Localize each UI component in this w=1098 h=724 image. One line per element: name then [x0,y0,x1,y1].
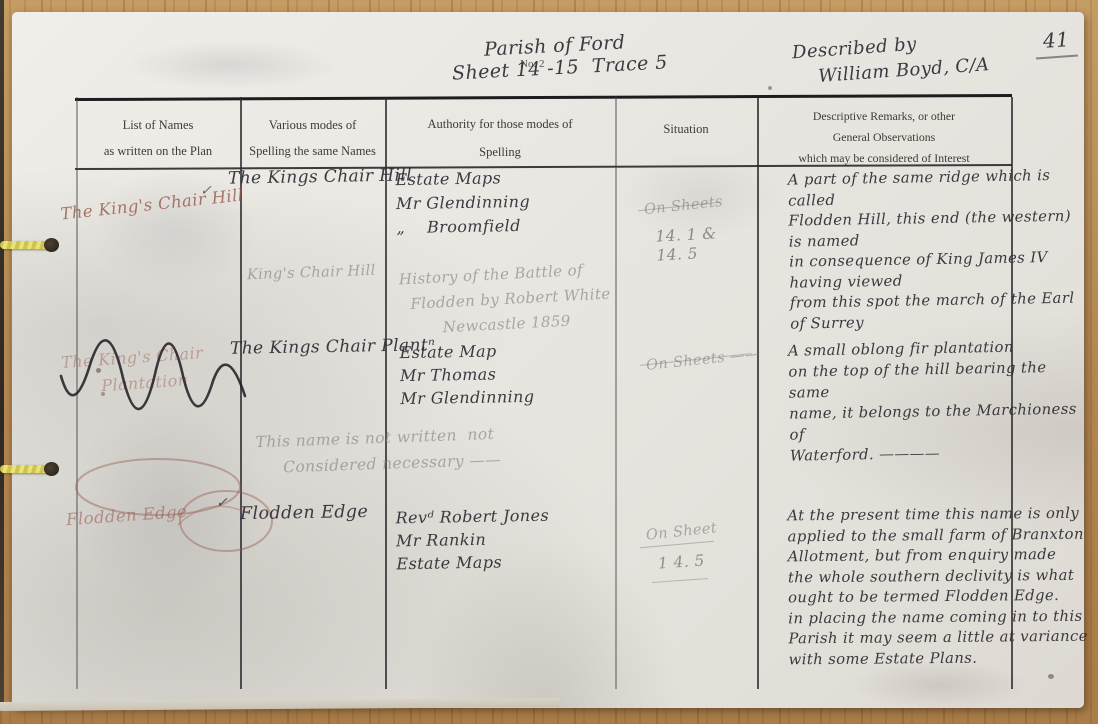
row1-situation-sheets: 14. 1 & 14. 5 [655,224,718,265]
row2-authority-ink: Estate Map Mr Thomas Mr Glendinning [399,339,534,410]
row1-remarks: A part of the same ridge which is called… [788,165,1091,334]
row3-check-mark: ✓ [216,493,228,514]
page-stack-shadow-line [0,0,4,704]
column-header-situation: Situation [619,122,753,137]
row1-authority-pencil: History of the Battle of Flodden by Robe… [398,257,612,343]
row3-spelling-ink: Flodden Edge [240,502,369,525]
row1-spelling-ink: The Kings Chair Hill [228,165,412,189]
row1-spelling-pencil: King's Chair Hill [247,261,376,286]
binding-hole [44,238,59,252]
row3-remarks: At the present time this name is only ap… [787,504,1090,671]
row3-situation-sheets: 1 4. 5 [657,550,705,574]
binding-hole [44,462,59,476]
row2-remarks: A small oblong fir plantation on the top… [788,335,1090,466]
column-header-remarks: Descriptive Remarks, or other General Ob… [761,106,1007,169]
page-number: 41 [1042,29,1070,52]
photo-of-name-book-page: { "page_number": "41", "header": { "pari… [0,0,1098,724]
row3-authority-ink: Revᵈ Robert Jones Mr Rankin Estate Maps [395,504,550,576]
row1-check-mark: ✓ [200,181,212,202]
column-header-authority: Authority for those modes of Spelling [390,110,610,166]
column-header-names: List of Names as written on the Plan [80,112,236,164]
column-header-spelling: Various modes of Spelling the same Names [244,112,381,164]
table-vline-col3 [615,97,617,689]
row1-authority-ink: Estate Maps Mr Glendinning „ Broomfield [395,166,530,240]
table-vline-col4 [757,97,759,689]
